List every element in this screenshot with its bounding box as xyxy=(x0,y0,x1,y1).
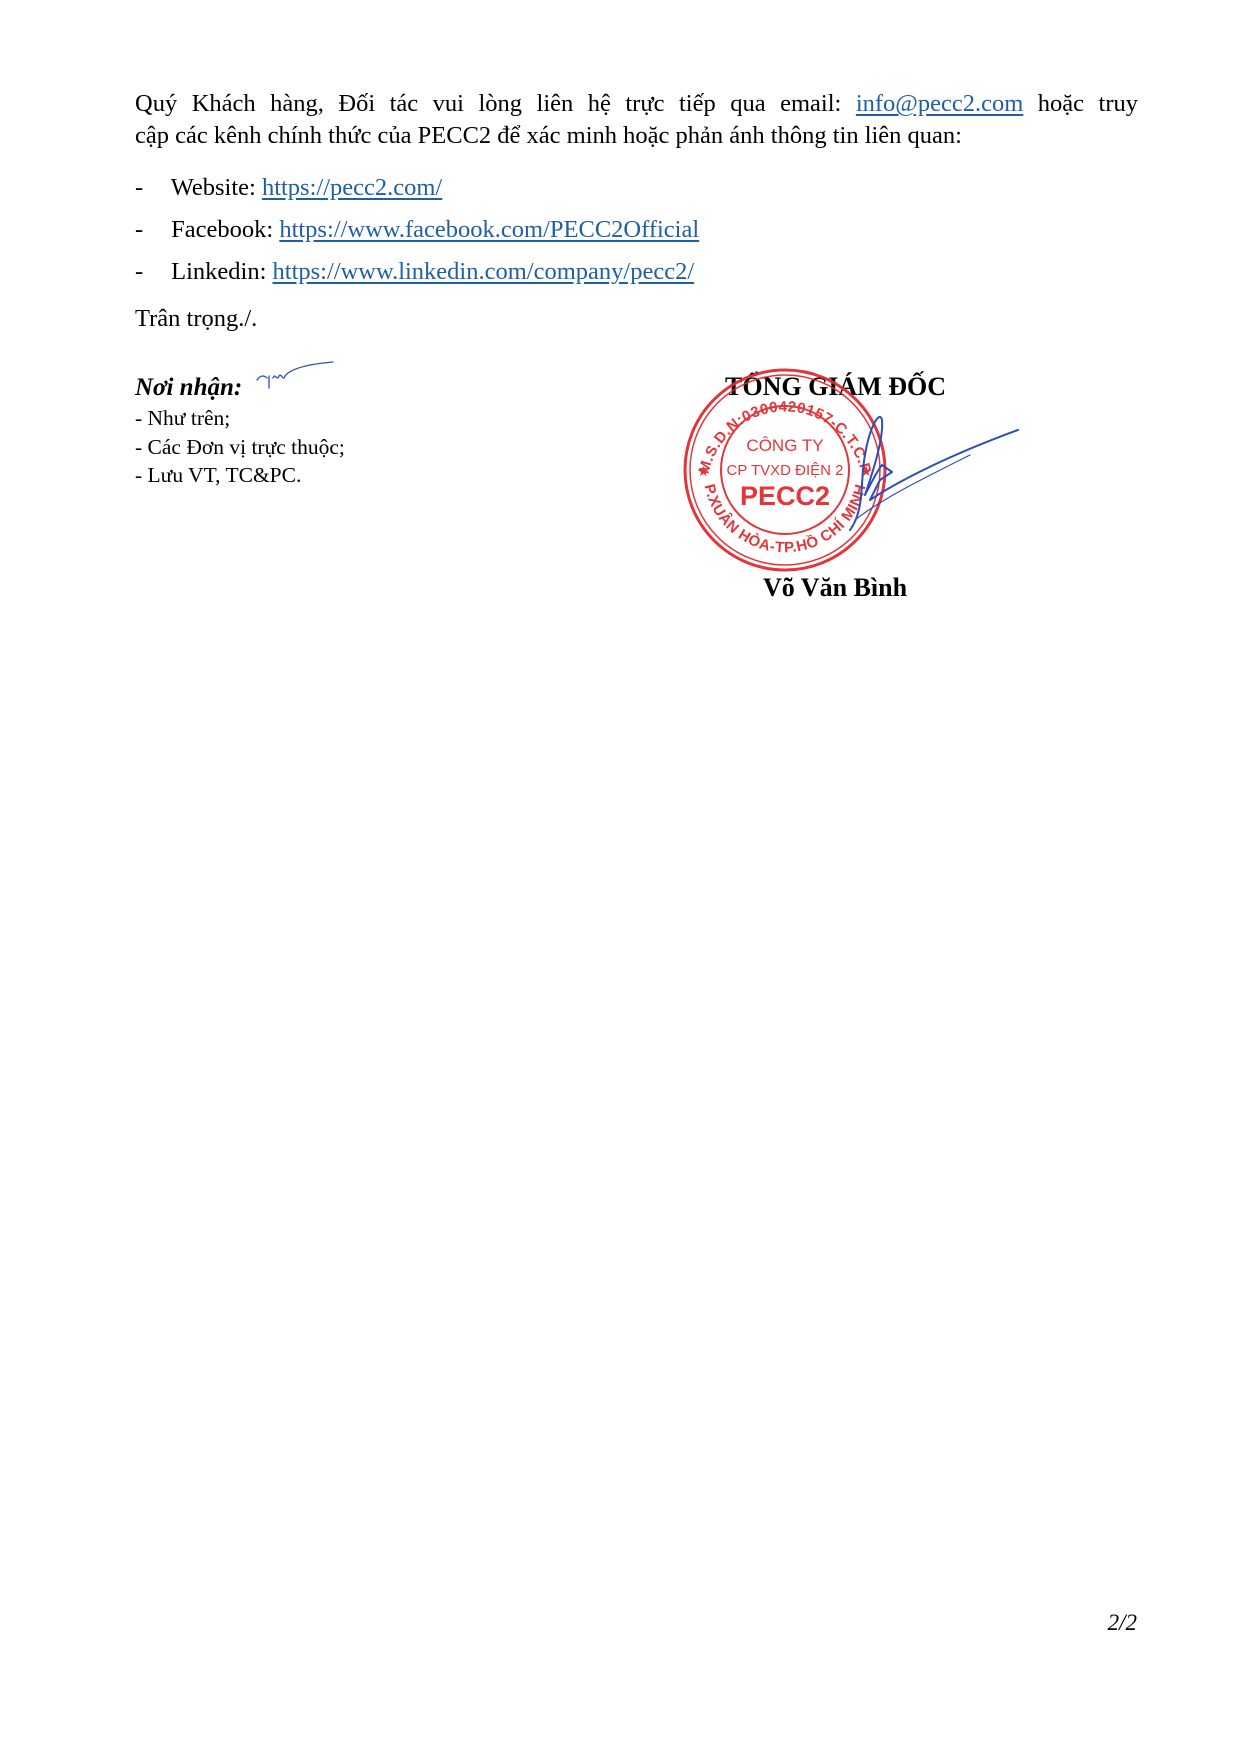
recipient-item: - Các Đơn vị trực thuộc; xyxy=(135,434,345,461)
bullet-dash: - xyxy=(135,256,165,288)
contact-paragraph: Quý Khách hàng, Đối tác vui lòng liên hệ… xyxy=(135,88,1138,152)
closing-text: Trân trọng./. xyxy=(135,303,257,335)
stamp-line-3: PECC2 xyxy=(740,481,830,511)
handwritten-signature-icon xyxy=(820,400,1020,540)
stamp-star-left-icon: ★ xyxy=(697,464,710,480)
page-number: 2/2 xyxy=(1108,1610,1137,1636)
email-link[interactable]: info@pecc2.com xyxy=(856,90,1023,117)
channel-label: Website: xyxy=(171,174,256,201)
contact-paragraph-line-2: cập các kênh chính thức của PECC2 để xác… xyxy=(135,120,1138,152)
contact-paragraph-line-1: Quý Khách hàng, Đối tác vui lòng liên hệ… xyxy=(135,88,1138,120)
bullet-dash: - xyxy=(135,172,165,204)
linkedin-link[interactable]: https://www.linkedin.com/company/pecc2/ xyxy=(273,258,695,285)
facebook-link[interactable]: https://www.facebook.com/PECC2Official xyxy=(279,216,699,243)
recipient-item: - Như trên; xyxy=(135,405,230,432)
signer-name: Võ Văn Bình xyxy=(763,573,907,603)
channel-facebook: - Facebook: https://www.facebook.com/PEC… xyxy=(135,214,699,246)
stamp-line-1: CÔNG TY xyxy=(746,436,823,455)
contact-text-suffix: hoặc truy xyxy=(1038,90,1138,117)
channel-website: - Website: https://pecc2.com/ xyxy=(135,172,442,204)
contact-text: Quý Khách hàng, Đối tác vui lòng liên hệ… xyxy=(135,90,841,117)
channel-label: Facebook: xyxy=(171,216,273,243)
website-link[interactable]: https://pecc2.com/ xyxy=(262,174,442,201)
document-page: Quý Khách hàng, Đối tác vui lòng liên hệ… xyxy=(0,0,1241,1754)
initials-mark-icon xyxy=(255,358,335,398)
recipients-title: Nơi nhận: xyxy=(135,374,242,402)
channel-linkedin: - Linkedin: https://www.linkedin.com/com… xyxy=(135,256,694,288)
bullet-dash: - xyxy=(135,214,165,246)
recipient-item: - Lưu VT, TC&PC. xyxy=(135,462,301,489)
channel-label: Linkedin: xyxy=(171,258,266,285)
